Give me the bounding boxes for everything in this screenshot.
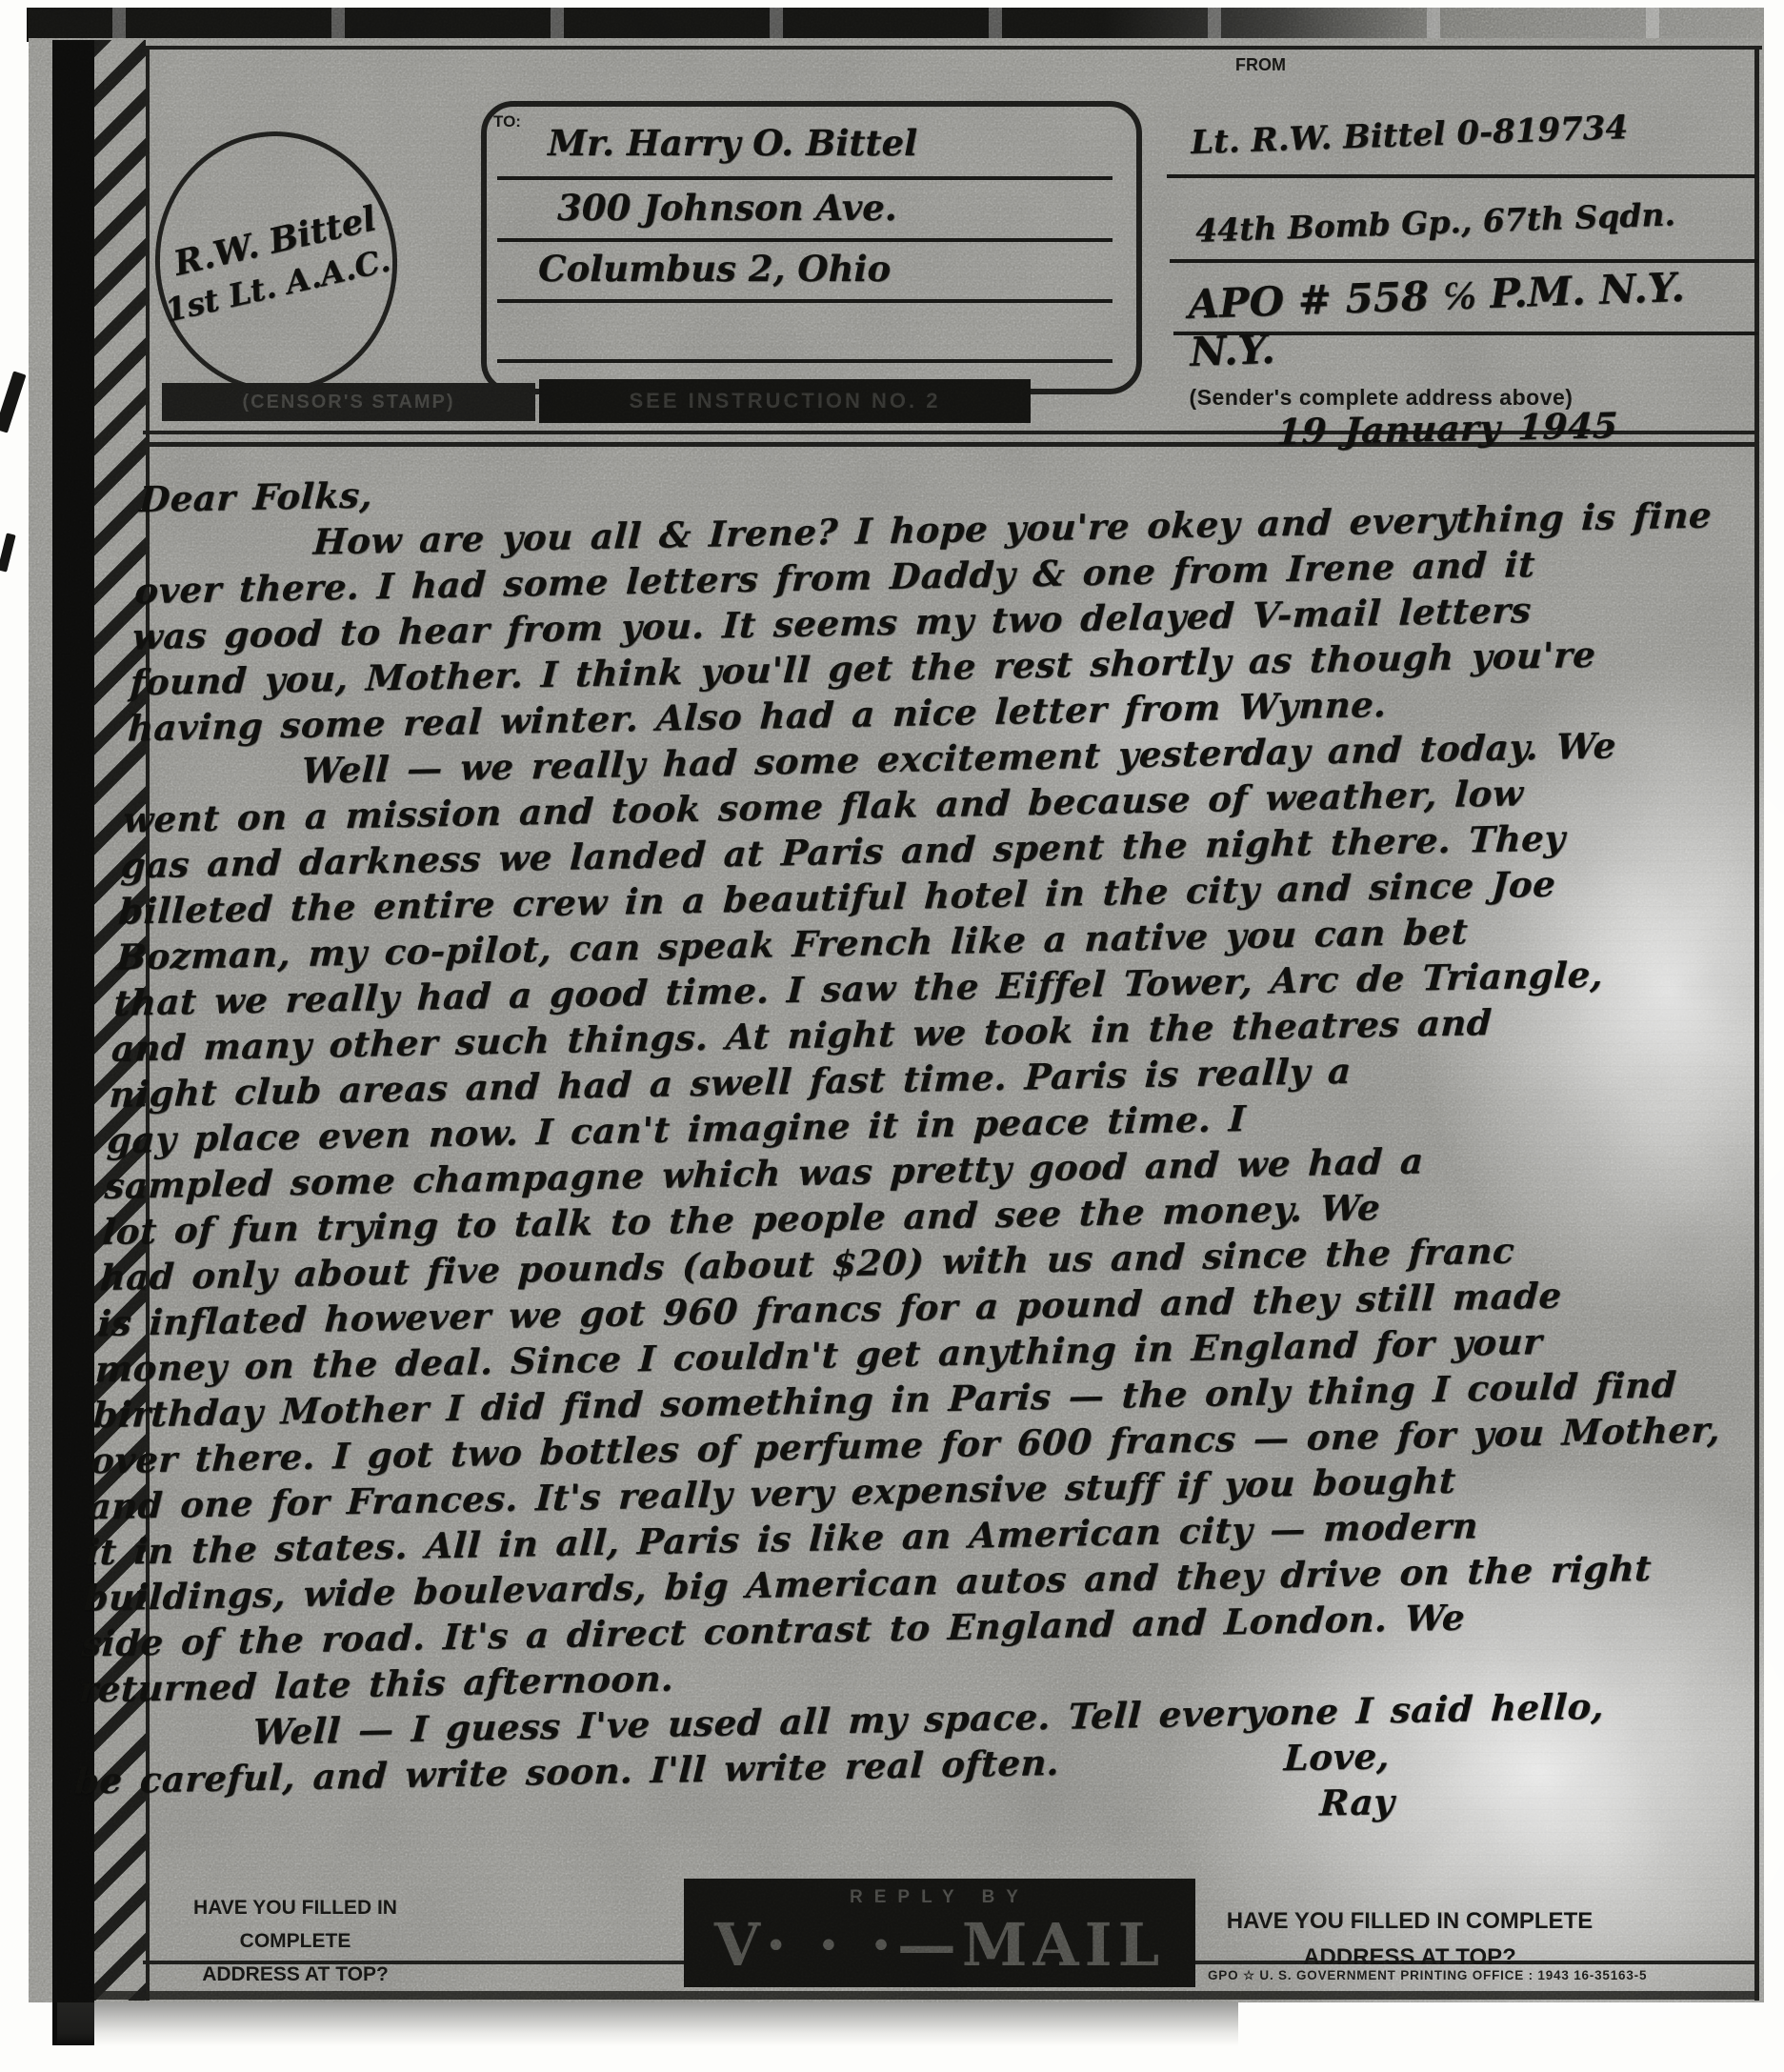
recipient-name: Mr. Harry O. Bittel [548,122,917,164]
reply-by-vmail-box: REPLY BY V· · ·—MAIL [684,1879,1195,1987]
scan-top-band [27,8,1764,42]
address-warning-right: HAVE YOU FILLED IN COMPLETE ADDRESS AT T… [1219,1903,1600,1976]
to-address-rule [497,238,1112,242]
from-label: FROM [1235,55,1286,75]
to-label: TO: [493,112,521,131]
vmail-letter-page: R.W. Bittel 1st Lt. A.A.C. TO: Mr. Harry… [0,0,1784,2072]
address-warning-line1: HAVE YOU FILLED IN COMPLETE [1219,1903,1600,1940]
letter-lines: How are you all & Irene? I hope you're o… [73,491,1757,1803]
margin-smudge [0,371,27,433]
scan-bottom-shadow [57,2002,1238,2046]
address-warning-line2: ADDRESS AT TOP? [152,1958,438,1991]
reply-by-label: REPLY BY [850,1887,1030,1908]
form-top-rule [143,46,1762,50]
margin-smudge [0,533,16,572]
to-address-rule [497,176,1112,180]
censor-stamp-label: (CENSOR'S STAMP) [162,383,535,421]
letter-body: 19 January 1945 Dear Folks, How are you … [71,399,1762,1849]
address-warning-left: HAVE YOU FILLED IN COMPLETE ADDRESS AT T… [152,1891,438,1991]
bottom-frame-rule [57,1991,1759,2000]
scan-top-band-specks [27,8,1764,42]
from-address-rule [1167,174,1755,178]
recipient-city: Columbus 2, Ohio [538,248,891,290]
gpo-print-line: GPO ☆ U. S. GOVERNMENT PRINTING OFFICE :… [1208,1968,1751,1983]
to-address-rule [497,299,1112,303]
from-address-rule [1170,259,1758,263]
address-warning-line1: HAVE YOU FILLED IN COMPLETE [152,1891,438,1958]
to-address-rule [497,359,1112,363]
vmail-logotype: V· · ·—MAIL [714,1910,1165,1980]
recipient-street: 300 Johnson Ave. [557,187,897,229]
